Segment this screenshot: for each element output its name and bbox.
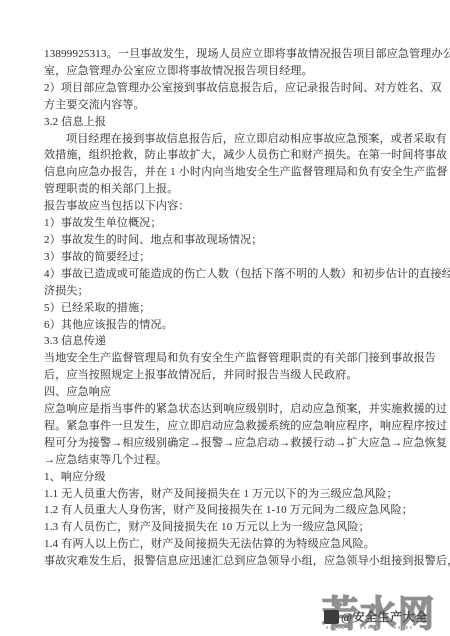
text-line: 1）事故发生单位概况； [44, 215, 416, 232]
watermark-overlay: @安全生产大全 [324, 608, 428, 625]
text-line: 报告事故应当包括以下内容： [44, 198, 416, 215]
text-line: 管理职责的相关部门上报。 [44, 181, 416, 198]
text-line: 项目经理在接到事故信息报告后，应立即启动相应事故应急预案，或者采取有 [44, 131, 416, 148]
text-line: 应急响应是指当事件的紧急状态达到响应级别时，启动应急预案，并实施救援的过 [44, 401, 416, 418]
text-line: 信息向应急办报告，并在 1 小时内向当地安全生产监督管理局和负有安全生产监督 [44, 164, 416, 181]
text-line: 四、应急响应 [44, 384, 416, 401]
text-line: 效措施，组织抢救，防止事故扩大，减少人员伤亡和财产损失。在第一时间将事故 [44, 147, 416, 164]
text-line: 1.1 无人员重大伤害，财产及间接损失在 1 万元以下的为三级应急风险； [44, 486, 416, 503]
text-line: 程。紧急事件一旦发生，应立即启动应急救援系统的应急响应程序，响应程序按过 [44, 418, 416, 435]
text-line: →应急结束等几个过程。 [44, 452, 416, 469]
text-line: 1、响应分级 [44, 469, 416, 486]
text-line: 5）已经采取的措施； [44, 300, 416, 317]
text-line: 1.2 有人员重大人身伤害，财产及间接损失在 1-10 万元间为二级应急风险； [44, 502, 416, 519]
text-line: 程可分为接警→相应级别确定→报警→应急启动→救援行动→扩大应急→应急恢复 [44, 435, 416, 452]
text-line: 2）项目部应急管理办公室接到事故信息报告后，应记录报告时间、对方姓名、双 [44, 80, 416, 97]
text-line: 4）事故已造成或可能造成的伤亡人数（包括下落不明的人数）和初步估计的直接经 [44, 266, 416, 283]
text-line: 济损失； [44, 283, 416, 300]
text-line: 1.3 有人员伤亡，财产及间接损失在 10 万元以上为一级应急风险； [44, 519, 416, 536]
watermark-logo-icon [324, 610, 339, 624]
watermark-underline-marks [326, 626, 414, 629]
watermark: 若水网 @安全生产大全 [322, 590, 450, 634]
text-line: 当地安全生产监督管理局和负有安全生产监督管理职责的有关部门接到事故报告 [44, 350, 416, 367]
text-line: 事故灾难发生后，报警信息应迅速汇总到应急领导小组，应急领导小组接到报警后， [44, 553, 416, 570]
document-text: 13899925313。一旦事故发生，现场人员应立即将事故情况报告项目部应急管理… [44, 46, 416, 570]
text-line: 室，应急管理办公室应立即将事故情况报告项目经理。 [44, 63, 416, 80]
text-line: 3）事故的简要经过； [44, 249, 416, 266]
text-line: 后，应当按照规定上报事故情况后，并同时报告当级人民政府。 [44, 367, 416, 384]
text-line: 2）事故发生的时间、地点和事故现场情况； [44, 232, 416, 249]
text-line: 3.3 信息传递 [44, 333, 416, 350]
text-line: 1.4 有两人以上伤亡，财产及间接损失无法估算的为特级应急风险。 [44, 536, 416, 553]
text-line: 3.2 信息上报 [44, 114, 416, 131]
watermark-brand-text: 若水网 [322, 586, 436, 636]
watermark-handle-text: @安全生产大全 [341, 608, 428, 625]
text-line: 方主要交流内容等。 [44, 97, 416, 114]
text-line: 6）其他应该报告的情况。 [44, 317, 416, 334]
text-line: 13899925313。一旦事故发生，现场人员应立即将事故情况报告项目部应急管理… [44, 46, 416, 63]
